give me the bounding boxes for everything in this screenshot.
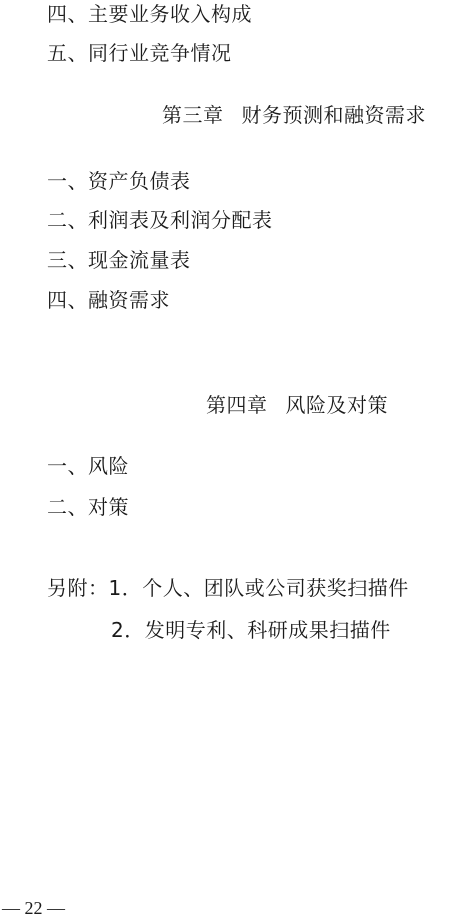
attachment-line: 2．发明专利、科研成果扫描件 — [111, 618, 391, 642]
toc-item: 一、资产负债表 — [47, 169, 191, 193]
chapter-number: 第三章 — [162, 103, 224, 127]
chapter-number: 第四章 — [206, 393, 268, 417]
chapter-heading: 第四章风险及对策 — [206, 393, 388, 417]
item-marker: 三、 — [47, 248, 88, 272]
item-marker: 二、 — [47, 208, 88, 232]
item-marker: 一、 — [47, 169, 88, 193]
item-text: 同行业竞争情况 — [88, 41, 232, 65]
chapter-title: 风险及对策 — [286, 393, 389, 417]
item-text: 现金流量表 — [88, 248, 191, 272]
item-marker: 四、 — [47, 2, 88, 26]
attachment-marker: 1． — [109, 576, 143, 600]
toc-item: 二、对策 — [47, 495, 129, 519]
attachment-marker: 2． — [111, 618, 145, 642]
toc-item: 二、利润表及利润分配表 — [47, 208, 273, 232]
item-text: 融资需求 — [88, 288, 170, 312]
item-text: 对策 — [88, 495, 129, 519]
item-text: 风险 — [88, 454, 129, 478]
attachment-label: 另附： — [47, 576, 109, 600]
toc-item: 四、主要业务收入构成 — [47, 2, 252, 26]
toc-item: 一、风险 — [47, 454, 129, 478]
page-number: — 22 — — [2, 898, 65, 918]
item-marker: 二、 — [47, 495, 88, 519]
attachment-line: 另附：1．个人、团队或公司获奖扫描件 — [47, 576, 409, 600]
attachment-text: 发明专利、科研成果扫描件 — [145, 618, 391, 642]
chapter-heading: 第三章财务预测和融资需求 — [162, 103, 426, 127]
toc-item: 五、同行业竞争情况 — [47, 41, 232, 65]
item-text: 利润表及利润分配表 — [88, 208, 273, 232]
toc-item: 三、现金流量表 — [47, 248, 191, 272]
item-marker: 五、 — [47, 41, 88, 65]
chapter-title: 财务预测和融资需求 — [242, 103, 427, 127]
toc-item: 四、融资需求 — [47, 288, 170, 312]
attachment-text: 个人、团队或公司获奖扫描件 — [142, 576, 409, 600]
item-text: 主要业务收入构成 — [88, 2, 252, 26]
item-marker: 一、 — [47, 454, 88, 478]
item-marker: 四、 — [47, 288, 88, 312]
item-text: 资产负债表 — [88, 169, 191, 193]
